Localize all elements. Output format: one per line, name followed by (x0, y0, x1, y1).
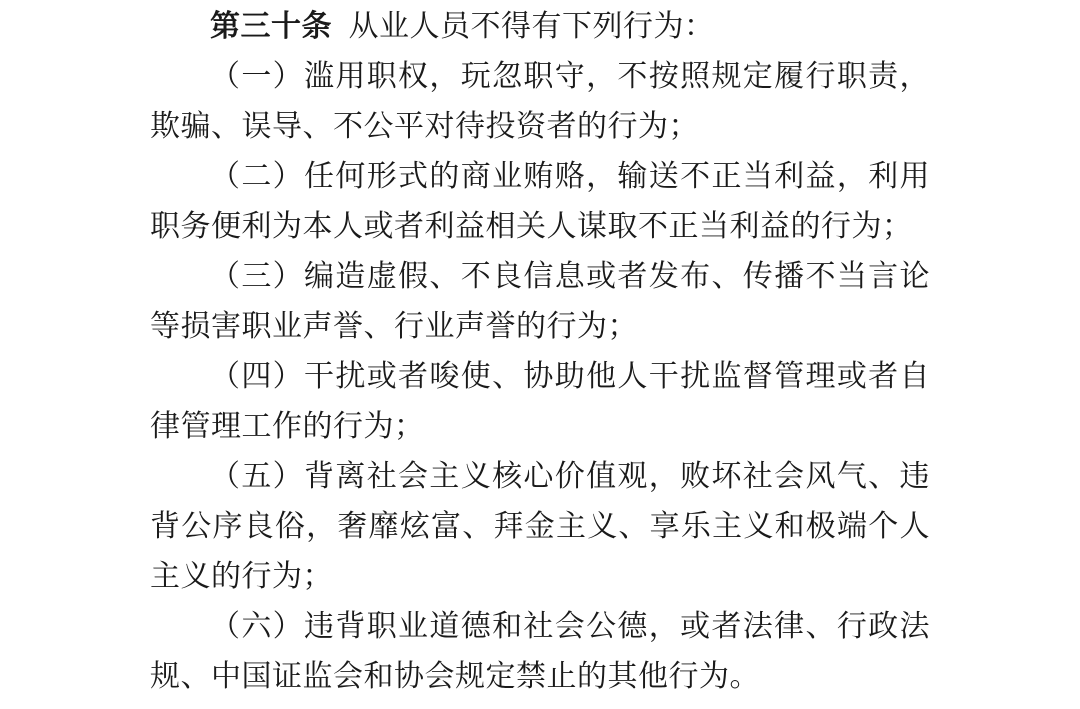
clause-item-5: （五）背离社会主义核心价值观，败坏社会风气、违背公序良俗，奢靡炫富、拜金主义、享… (150, 452, 930, 602)
article-intro-text: 从业人员不得有下列行为： (349, 10, 715, 43)
clause-item-2: （二）任何形式的商业贿赂，输送不正当利益，利用职务便利为本人或者利益相关人谋取不… (150, 152, 930, 252)
article-heading: 第三十条从业人员不得有下列行为： (150, 2, 930, 52)
article-body: 第三十条从业人员不得有下列行为： （一）滥用职权，玩忽职守，不按照规定履行职责，… (150, 2, 930, 702)
clause-item-3: （三）编造虚假、不良信息或者发布、传播不当言论等损害职业声誉、行业声誉的行为； (150, 252, 930, 352)
clause-item-6: （六）违背职业道德和社会公德，或者法律、行政法规、中国证监会和协会规定禁止的其他… (150, 602, 930, 702)
document-page: 第三十条从业人员不得有下列行为： （一）滥用职权，玩忽职守，不按照规定履行职责，… (0, 0, 1080, 709)
article-number: 第三十条 (210, 10, 332, 43)
clause-item-4: （四）干扰或者唆使、协助他人干扰监督管理或者自律管理工作的行为； (150, 352, 930, 452)
clause-item-1: （一）滥用职权，玩忽职守，不按照规定履行职责，欺骗、误导、不公平对待投资者的行为… (150, 52, 930, 152)
